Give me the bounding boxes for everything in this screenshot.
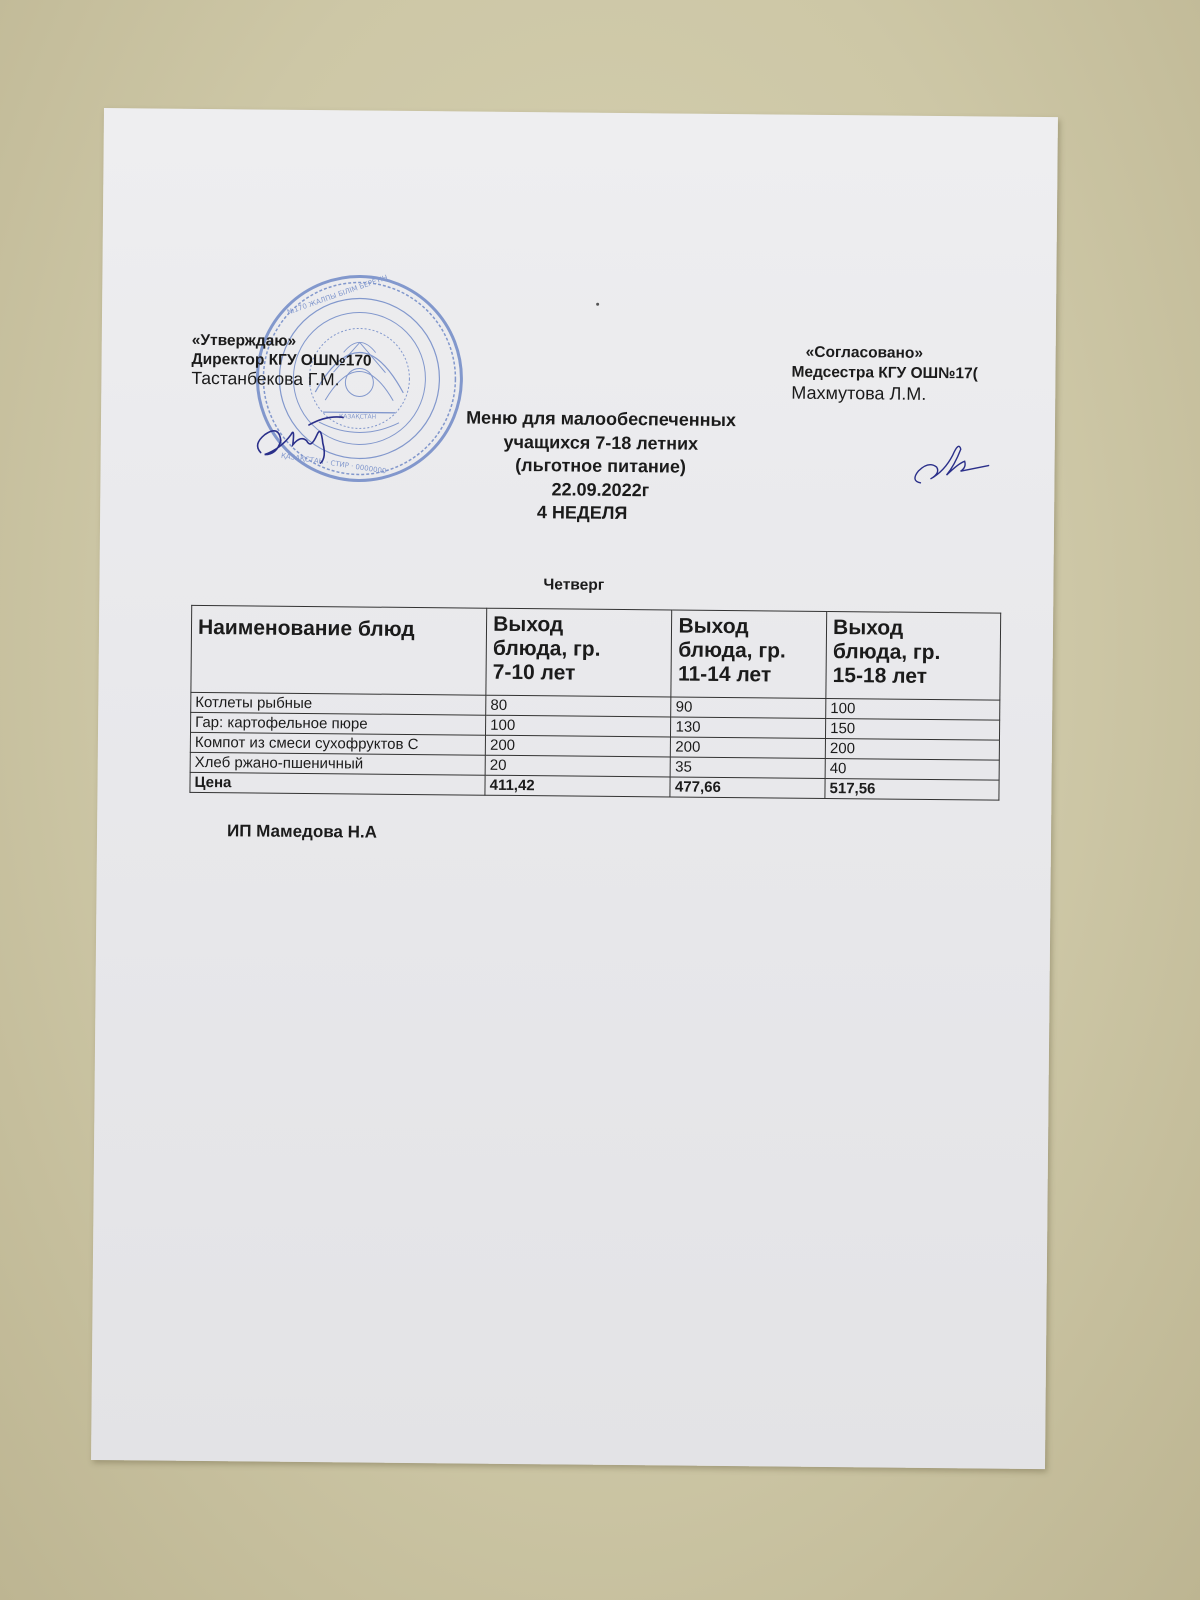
director-signature-icon (251, 404, 352, 465)
portion-7-10: 100 (486, 715, 672, 737)
document-title: Меню для малообеспеченных учащихся 7-18 … (400, 406, 801, 527)
supplier-name: ИП Мамедова Н.А (227, 821, 377, 842)
agreement-label: «Согласовано» (792, 343, 979, 365)
header-portion-11-14: Выход блюда, гр. 11-14 лет (671, 610, 826, 698)
dish-name: Компот из смеси сухофруктов С (190, 732, 485, 755)
portion-15-18: 150 (826, 718, 1000, 740)
header-line: Выход (678, 615, 820, 640)
header-line: Выход (833, 616, 994, 642)
header-line: 7-10 лет (493, 661, 666, 687)
agreement-name: Махмутова Л.М. (791, 383, 978, 405)
header-portion-15-18: Выход блюда, гр. 15-18 лет (826, 611, 1001, 700)
dish-name: Котлеты рыбные (191, 692, 486, 715)
portion-7-10: 200 (485, 735, 671, 757)
table-header-row: Наименование блюд Выход блюда, гр. 7-10 … (191, 605, 1001, 700)
portion-15-18: 200 (825, 738, 999, 760)
weekday: Четверг (543, 576, 604, 595)
header-portion-7-10: Выход блюда, гр. 7-10 лет (486, 608, 672, 697)
menu-table: Наименование блюд Выход блюда, гр. 7-10 … (189, 605, 1001, 801)
portion-15-18: 100 (826, 698, 1000, 720)
document-sheet: №170 ЖАЛПЫ БІЛІМ БЕРЕТІН ҚАЗАҚСТАН · СТИ… (91, 108, 1058, 1469)
portion-11-14: 130 (671, 717, 826, 738)
header-dish-name: Наименование блюд (191, 605, 487, 695)
nurse-signature-icon (900, 431, 991, 492)
price-15-18: 517,56 (825, 778, 999, 800)
portion-7-10: 80 (486, 695, 672, 717)
portion-11-14: 35 (671, 757, 826, 778)
price-7-10: 411,42 (485, 775, 671, 797)
portion-11-14: 90 (671, 697, 826, 718)
agreement-position: Медсестра КГУ ОШ№17( (791, 363, 978, 385)
approval-name: Тастанбекова Г.М. (191, 369, 371, 390)
header-line: 15-18 лет (833, 664, 994, 690)
approval-label: «Утверждаю» (192, 331, 372, 352)
agreement-block: «Согласовано» Медсестра КГУ ОШ№17( Махму… (791, 343, 978, 405)
header-line: Выход (493, 613, 666, 639)
price-label: Цена (190, 772, 485, 795)
header-line: блюда, гр. (678, 639, 820, 664)
header-line: 11-14 лет (678, 663, 820, 688)
header-line: блюда, гр. (493, 637, 666, 663)
portion-7-10: 20 (485, 755, 671, 777)
ink-dot (596, 303, 599, 306)
price-11-14: 477,66 (670, 777, 825, 798)
menu-week: 4 НЕДЕЛЯ (400, 500, 800, 527)
header-line: блюда, гр. (833, 640, 994, 666)
portion-11-14: 200 (671, 737, 826, 758)
portion-15-18: 40 (825, 758, 999, 780)
approval-block: «Утверждаю» Директор КГУ ОШ№170 Тастанбе… (191, 331, 372, 390)
dish-name: Гар: картофельное пюре (191, 712, 486, 735)
dish-name: Хлеб ржано-пшеничный (190, 752, 485, 775)
header-dish-name-text: Наименование блюд (198, 616, 415, 641)
